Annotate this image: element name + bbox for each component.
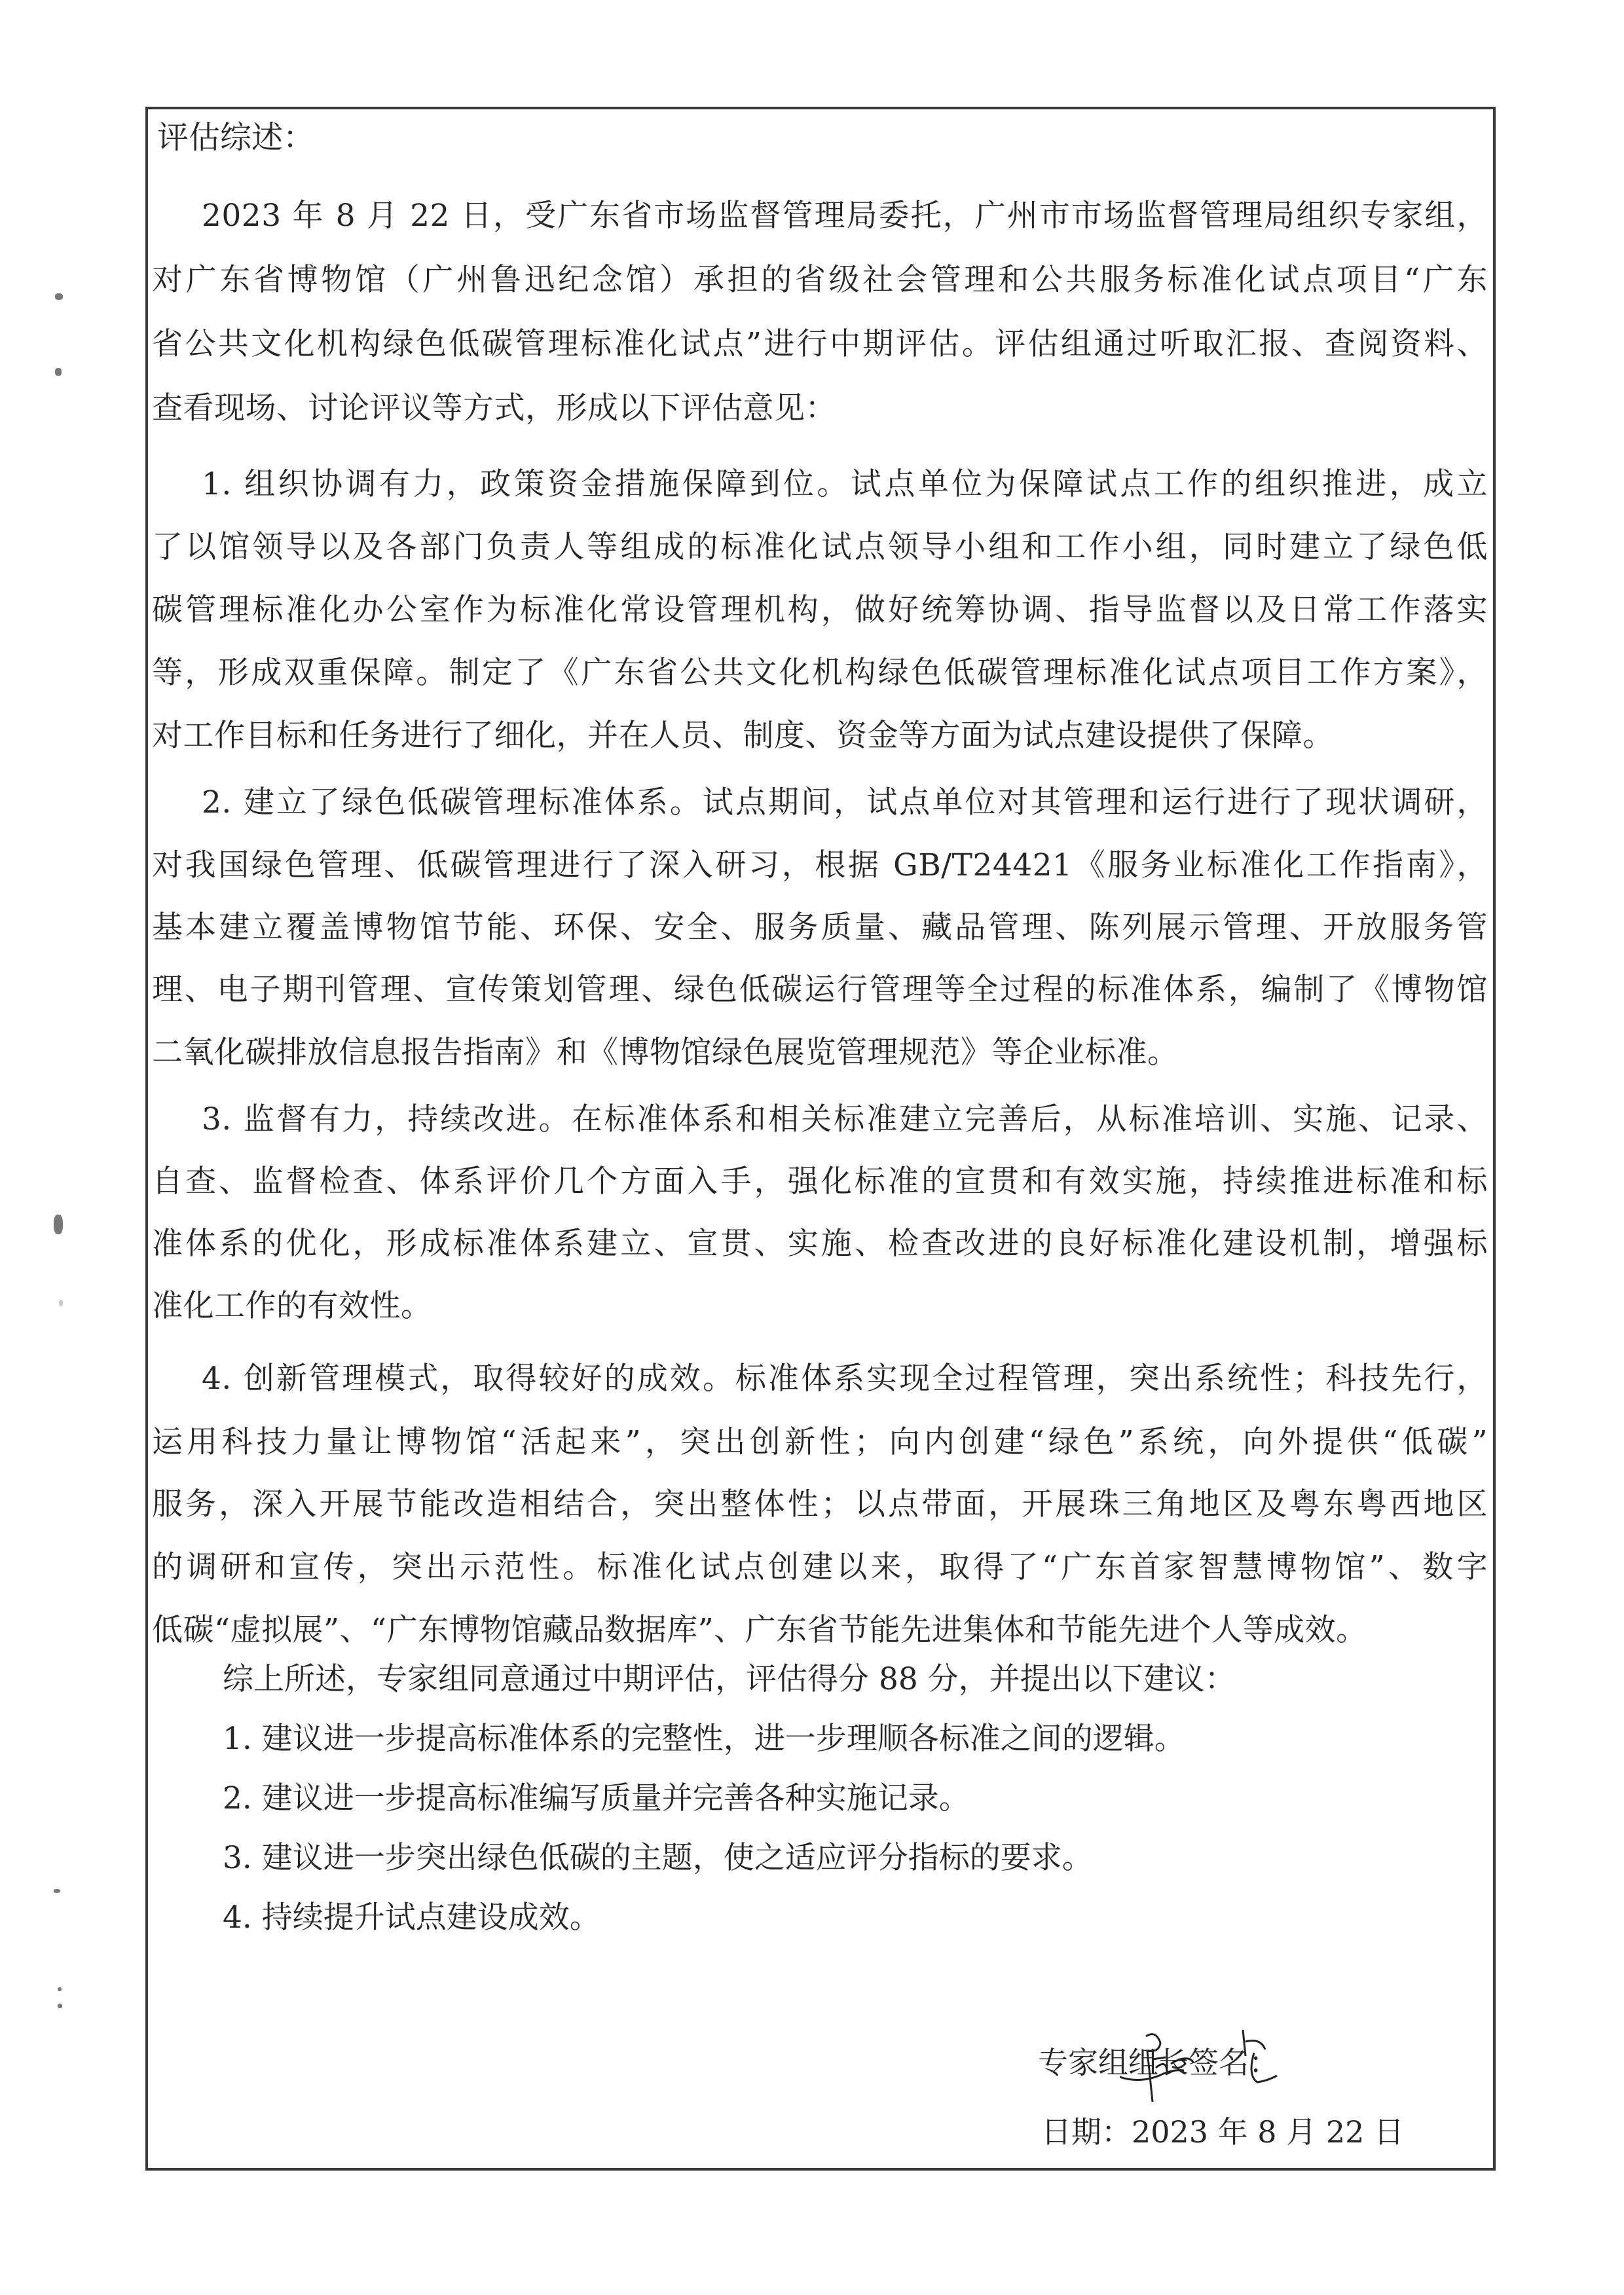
scan-speck: [55, 368, 62, 376]
finding-2-line: 对我国绿色管理、低碳管理进行了深入研习，根据 GB/T24421《服务业标准化工…: [152, 846, 1488, 885]
finding-4-line: 服务，深入开展节能改造相结合，突出整体性；以点带面，开展珠三角地区及粤东粤西地区: [152, 1485, 1488, 1524]
finding-3-line: 准化工作的有效性。: [152, 1287, 1488, 1326]
finding-1-line: 对工作目标和任务进行了细化，并在人员、制度、资金等方面为试点建设提供了保障。: [152, 716, 1488, 756]
recommendation-item: 4. 持续提升试点建设成效。: [223, 1898, 600, 1937]
intro-line: 查看现场、讨论评议等方式，形成以下评估意见：: [152, 389, 1488, 428]
conclusion-text: 综上所述，专家组同意通过中期评估，评估得分 88 分，并提出以下建议：: [223, 1660, 1236, 1699]
recommendation-item: 1. 建议进一步提高标准体系的完整性，进一步理顺各标准之间的逻辑。: [223, 1719, 1185, 1759]
scan-speck: [55, 293, 63, 300]
scan-speck: [59, 1300, 63, 1306]
scan-speck: [58, 2004, 62, 2008]
finding-1-line: 1. 组织协调有力，政策资金措施保障到位。试点单位为保障试点工作的组织推进，成立: [202, 465, 1488, 504]
signature-date: 日期：2023 年 8 月 22 日: [1041, 2112, 1404, 2152]
finding-4-line: 的调研和宣传，突出示范性。标准化试点创建以来，取得了“广东首家智慧博物馆”、数字: [152, 1548, 1488, 1587]
intro-line: 对广东省博物馆（广州鲁迅纪念馆）承担的省级社会管理和公共服务标准化试点项目“广东: [152, 261, 1488, 300]
intro-line: 省公共文化机构绿色低碳管理标准化试点”进行中期评估。评估组通过听取汇报、查阅资料…: [152, 325, 1488, 364]
finding-3-line: 准体系的优化，形成标准体系建立、宣贯、实施、检查改进的良好标准化建设机制，增强标: [152, 1224, 1488, 1264]
finding-2-line: 二氧化碳排放信息报告指南》和《博物馆绿色展览管理规范》等企业标准。: [152, 1033, 1488, 1073]
intro-line: 2023 年 8 月 22 日，受广东省市场监督管理局委托，广州市市场监督管理局…: [202, 196, 1488, 236]
finding-3-line: 3. 监督有力，持续改进。在标准体系和相关标准建立完善后，从标准培训、实施、记录…: [202, 1100, 1488, 1139]
recommendation-item: 3. 建议进一步突出绿色低碳的主题，使之适应评分指标的要求。: [223, 1839, 1093, 1878]
finding-2-line: 理、电子期刊管理、宣传策划管理、绿色低碳运行管理等全过程的标准体系，编制了《博物…: [152, 970, 1488, 1010]
recommendation-item: 2. 建议进一步提高标准编写质量并完善各种实施记录。: [223, 1779, 970, 1818]
finding-2-line: 2. 建立了绿色低碳管理标准体系。试点期间，试点单位对其管理和运行进行了现状调研…: [202, 783, 1488, 822]
handwritten-signature: [1120, 2023, 1290, 2108]
finding-1-line: 碳管理标准化办公室作为标准化常设管理机构，做好统筹协调、指导监督以及日常工作落实: [152, 591, 1488, 630]
finding-4-line: 4. 创新管理模式，取得较好的成效。标准体系实现全过程管理，突出系统性；科技先行…: [202, 1359, 1488, 1399]
finding-2-line: 基本建立覆盖博物馆节能、环保、安全、服务质量、藏品管理、陈列展示管理、开放服务管: [152, 908, 1488, 947]
finding-3-line: 自查、监督检查、体系评价几个方面入手，强化标准的宣贯和有效实施，持续推进标准和标: [152, 1162, 1488, 1202]
finding-4-line: 运用科技力量让博物馆“活起来”，突出创新性；向内创建“绿色”系统，向外提供“低碳…: [152, 1423, 1488, 1462]
finding-1-line: 等，形成双重保障。制定了《广东省公共文化机构绿色低碳管理标准化试点项目工作方案》…: [152, 653, 1488, 693]
finding-1-line: 了以馆领导以及各部门负责人等组成的标准化试点领导小组和工作小组，同时建立了绿色低: [152, 528, 1488, 567]
scan-speck: [58, 1987, 62, 1991]
scan-speck: [54, 1215, 63, 1234]
finding-4-line: 低碳“虚拟展”、“广东博物馆藏品数据库”、广东省节能先进集体和节能先进个人等成效…: [152, 1611, 1488, 1650]
section-title: 评估综述：: [157, 118, 314, 157]
scan-speck: [54, 1889, 60, 1893]
